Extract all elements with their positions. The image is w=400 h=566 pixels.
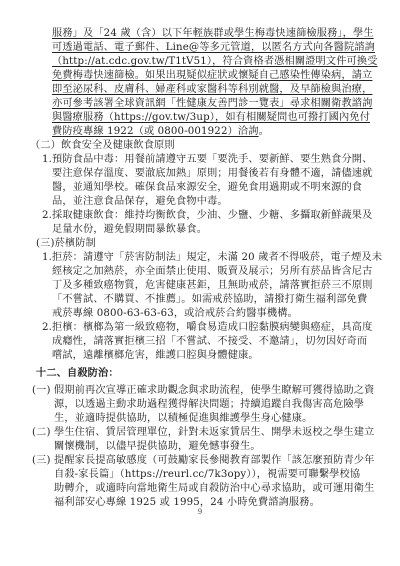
list-item-line-url[interactable]: 自殺-家長篇」（https://reurl.cc/7k3opy）），視需要可聯繫… (54, 468, 360, 482)
list-item-line: 提醒家長提高敏感度（可鼓勵家長參閱教育部製作「該怎麼預防青少年 (54, 454, 374, 468)
intro-line: 亦可參考該署全球資訊網「性健康友善門診一覽表」尋求相關衛教諮詢 (52, 97, 372, 111)
intro-line: 可透過電話、電子郵件、Line@等多元管道，以匿名方式向各醫院諮詢 (52, 41, 375, 55)
list-item-line: 助轉介，或適時向當地衛生局或自殺防治中心尋求協助，或可運用衛生 (54, 482, 374, 496)
list-item-line: 關懷機制，以儘早提供協助，避免憾事發生。 (54, 440, 261, 454)
section-heading-food: （二）飲食安全及健康飲食原則 (30, 139, 175, 153)
list-item-line: 生，並適時提供協助，以積極促進與維護學生身心健康。 (54, 412, 312, 426)
list-item-line: 成癮性，請落實拒檳三招「不嘗試、不接受、不邀請」，切勿因好奇而 (52, 335, 367, 349)
list-number: (一) (32, 384, 51, 398)
list-item-line: 「不嘗試、不購買、不推薦」。如需戒菸協助，請撥打衛生福利部免費 (52, 293, 367, 307)
list-item-line: 要注意保存溫度、要澈底加熱」原則；用餐後若有身體不適，請儘速就 (52, 167, 372, 181)
list-item-line: 預防食品中毒：用餐前請遵守五要「要洗手、要新鮮、要生熟食分開、 (52, 153, 372, 167)
list-item-line: 拒檳：檳榔為第一級致癌物，嚼食易造成口腔黏膜病變與癌症，具高度 (52, 321, 372, 335)
list-item-line: 品，並注意食品保存，避免食物中毒。 (52, 195, 228, 209)
list-number: 2. (42, 321, 52, 335)
list-item-line: 假期前再次宣導正確求助觀念與求助流程，使學生瞭解可獲得協助之資 (54, 384, 374, 398)
intro-line: 服務」及「24 歲（含）以下年輕族群或學生梅毒快速篩檢服務」，學生 (52, 27, 374, 41)
list-number: 1. (42, 153, 52, 167)
list-number: 1. (42, 251, 52, 265)
list-item-line: 拒菸：請遵守「菸害防制法」規定，未滿 20 歲者不得吸菸，電子煙及未 (52, 251, 382, 265)
intro-line: 免費梅毒快速篩檢。如果出現疑似症狀或懷疑自己感染性傳染病，請立 (52, 69, 372, 83)
list-item-line: 採取健康飲食：維持均衡飲食，少油、少鹽、少糖、多攝取新鮮蔬果及 (52, 209, 372, 223)
list-item-line: 丁及多種致癌物質，危害健康甚鉅，且無助戒菸，請落實拒菸三不原則 (52, 279, 372, 293)
document-page: 服務」及「24 歲（含）以下年輕族群或學生梅毒快速篩檢服務」，學生 可透過電話、… (0, 0, 400, 566)
intro-line: 即至泌尿科、皮膚科、婦產科或家醫科等科別就醫，及早篩檢與治療， (52, 83, 372, 97)
section-heading-tobacco: (三)菸檳防制 (36, 237, 96, 251)
list-item-line: 學生住宿、賃居管理單位，針對未返家賃居生、開學未返校之學生建立 (54, 426, 374, 440)
list-item-line: 經核定之加熱菸，亦全面禁止使用、販賣及展示；另所有菸品皆含尼古 (52, 265, 372, 279)
list-item-line: 醫，並通知學校。確保食品來源安全，避免食用過期或不明來源的食 (52, 181, 362, 195)
list-number: (二) (32, 426, 51, 440)
list-number: (三) (32, 454, 51, 468)
list-number: 2. (42, 209, 52, 223)
list-item-line: 戒菸專線 0800-63-63-63，或洽戒菸合約醫事機構。 (52, 307, 298, 321)
intro-line-text: 費防疫專線 1922（或 0800-001922）洽詢 (52, 126, 259, 137)
page-number: 9 (0, 508, 400, 516)
intro-line-url[interactable]: （http://at.cdc.gov.tw/T1tV51），符合資格者憑相關證明… (52, 55, 378, 69)
section-heading-suicide: 十二、自殺防治： (36, 366, 119, 380)
list-item-line: 足量水份，避免假期間暴飲暴食。 (52, 223, 207, 237)
list-item-line: 源，以透過主動求助過程獲得解決問題；持續追蹤自我傷害高危險學 (54, 398, 364, 412)
intro-line-url[interactable]: 與醫療服務（https://gov.tw/3up），如有相關疑問也可撥打國內免付 (52, 111, 370, 125)
list-item-line: 嚐試，遠離檳榔危害，維護口腔與身體健康。 (52, 349, 259, 363)
intro-line-last: 費防疫專線 1922（或 0800-001922）洽詢。 (52, 125, 269, 139)
intro-trailing-period: 。 (259, 126, 269, 137)
